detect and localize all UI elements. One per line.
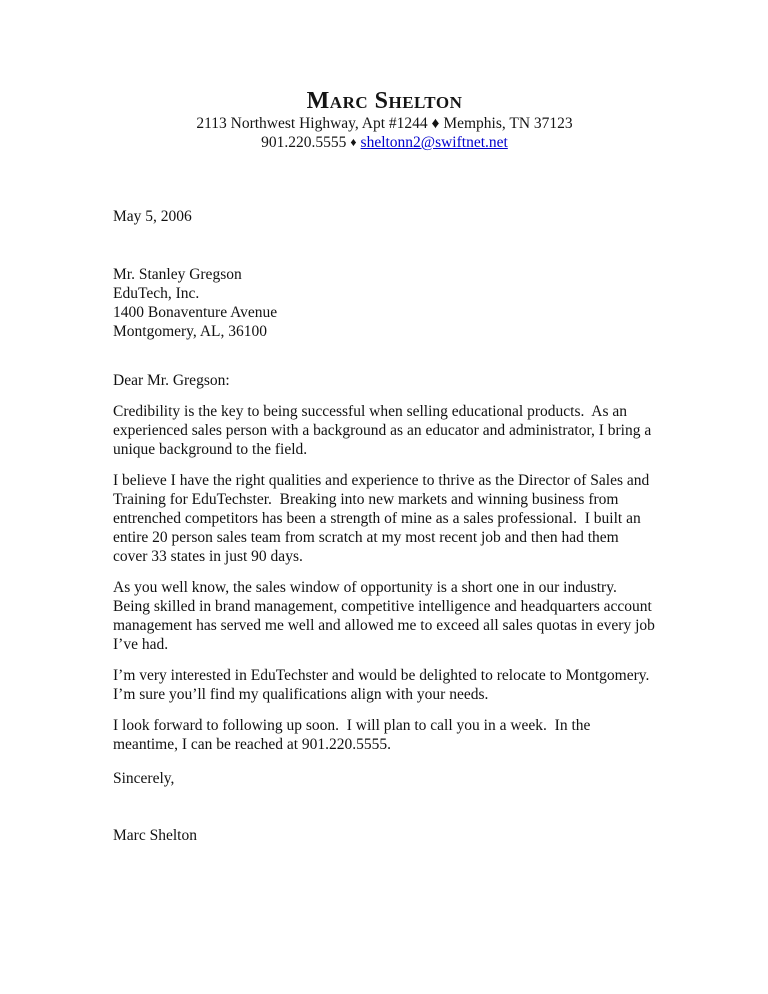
salutation: Dear Mr. Gregson:: [113, 371, 656, 390]
paragraph-1: Credibility is the key to being successf…: [113, 402, 656, 459]
closing: Sincerely,: [113, 769, 656, 788]
letter-page: Marc Shelton 2113 Northwest Highway, Apt…: [0, 0, 768, 994]
letter-body: May 5, 2006 Mr. Stanley Gregson EduTech,…: [113, 207, 656, 845]
signature-name: Marc Shelton: [113, 826, 656, 845]
paragraph-3: As you well know, the sales window of op…: [113, 578, 656, 654]
recipient-street: 1400 Bonaventure Avenue: [113, 303, 656, 322]
paragraph-5: I look forward to following up soon. I w…: [113, 716, 656, 754]
recipient-company: EduTech, Inc.: [113, 284, 656, 303]
sender-contact-line: 901.220.5555♦sheltonn2@swiftnet.net: [83, 133, 686, 152]
paragraph-4: I’m very interested in EduTechster and w…: [113, 666, 656, 704]
recipient-name: Mr. Stanley Gregson: [113, 265, 656, 284]
email-link[interactable]: sheltonn2@swiftnet.net: [361, 134, 508, 151]
sender-phone: 901.220.5555: [261, 134, 346, 151]
recipient-block: Mr. Stanley Gregson EduTech, Inc. 1400 B…: [113, 265, 656, 341]
paragraph-2: I believe I have the right qualities and…: [113, 471, 656, 566]
sender-address-line: 2113 Northwest Highway, Apt #1244 ♦ Memp…: [83, 114, 686, 133]
diamond-separator-icon: ♦: [350, 133, 356, 152]
letterhead: Marc Shelton 2113 Northwest Highway, Apt…: [83, 88, 686, 152]
letter-date: May 5, 2006: [113, 207, 656, 226]
recipient-city-state-zip: Montgomery, AL, 36100: [113, 322, 656, 341]
sender-name: Marc Shelton: [83, 88, 686, 114]
